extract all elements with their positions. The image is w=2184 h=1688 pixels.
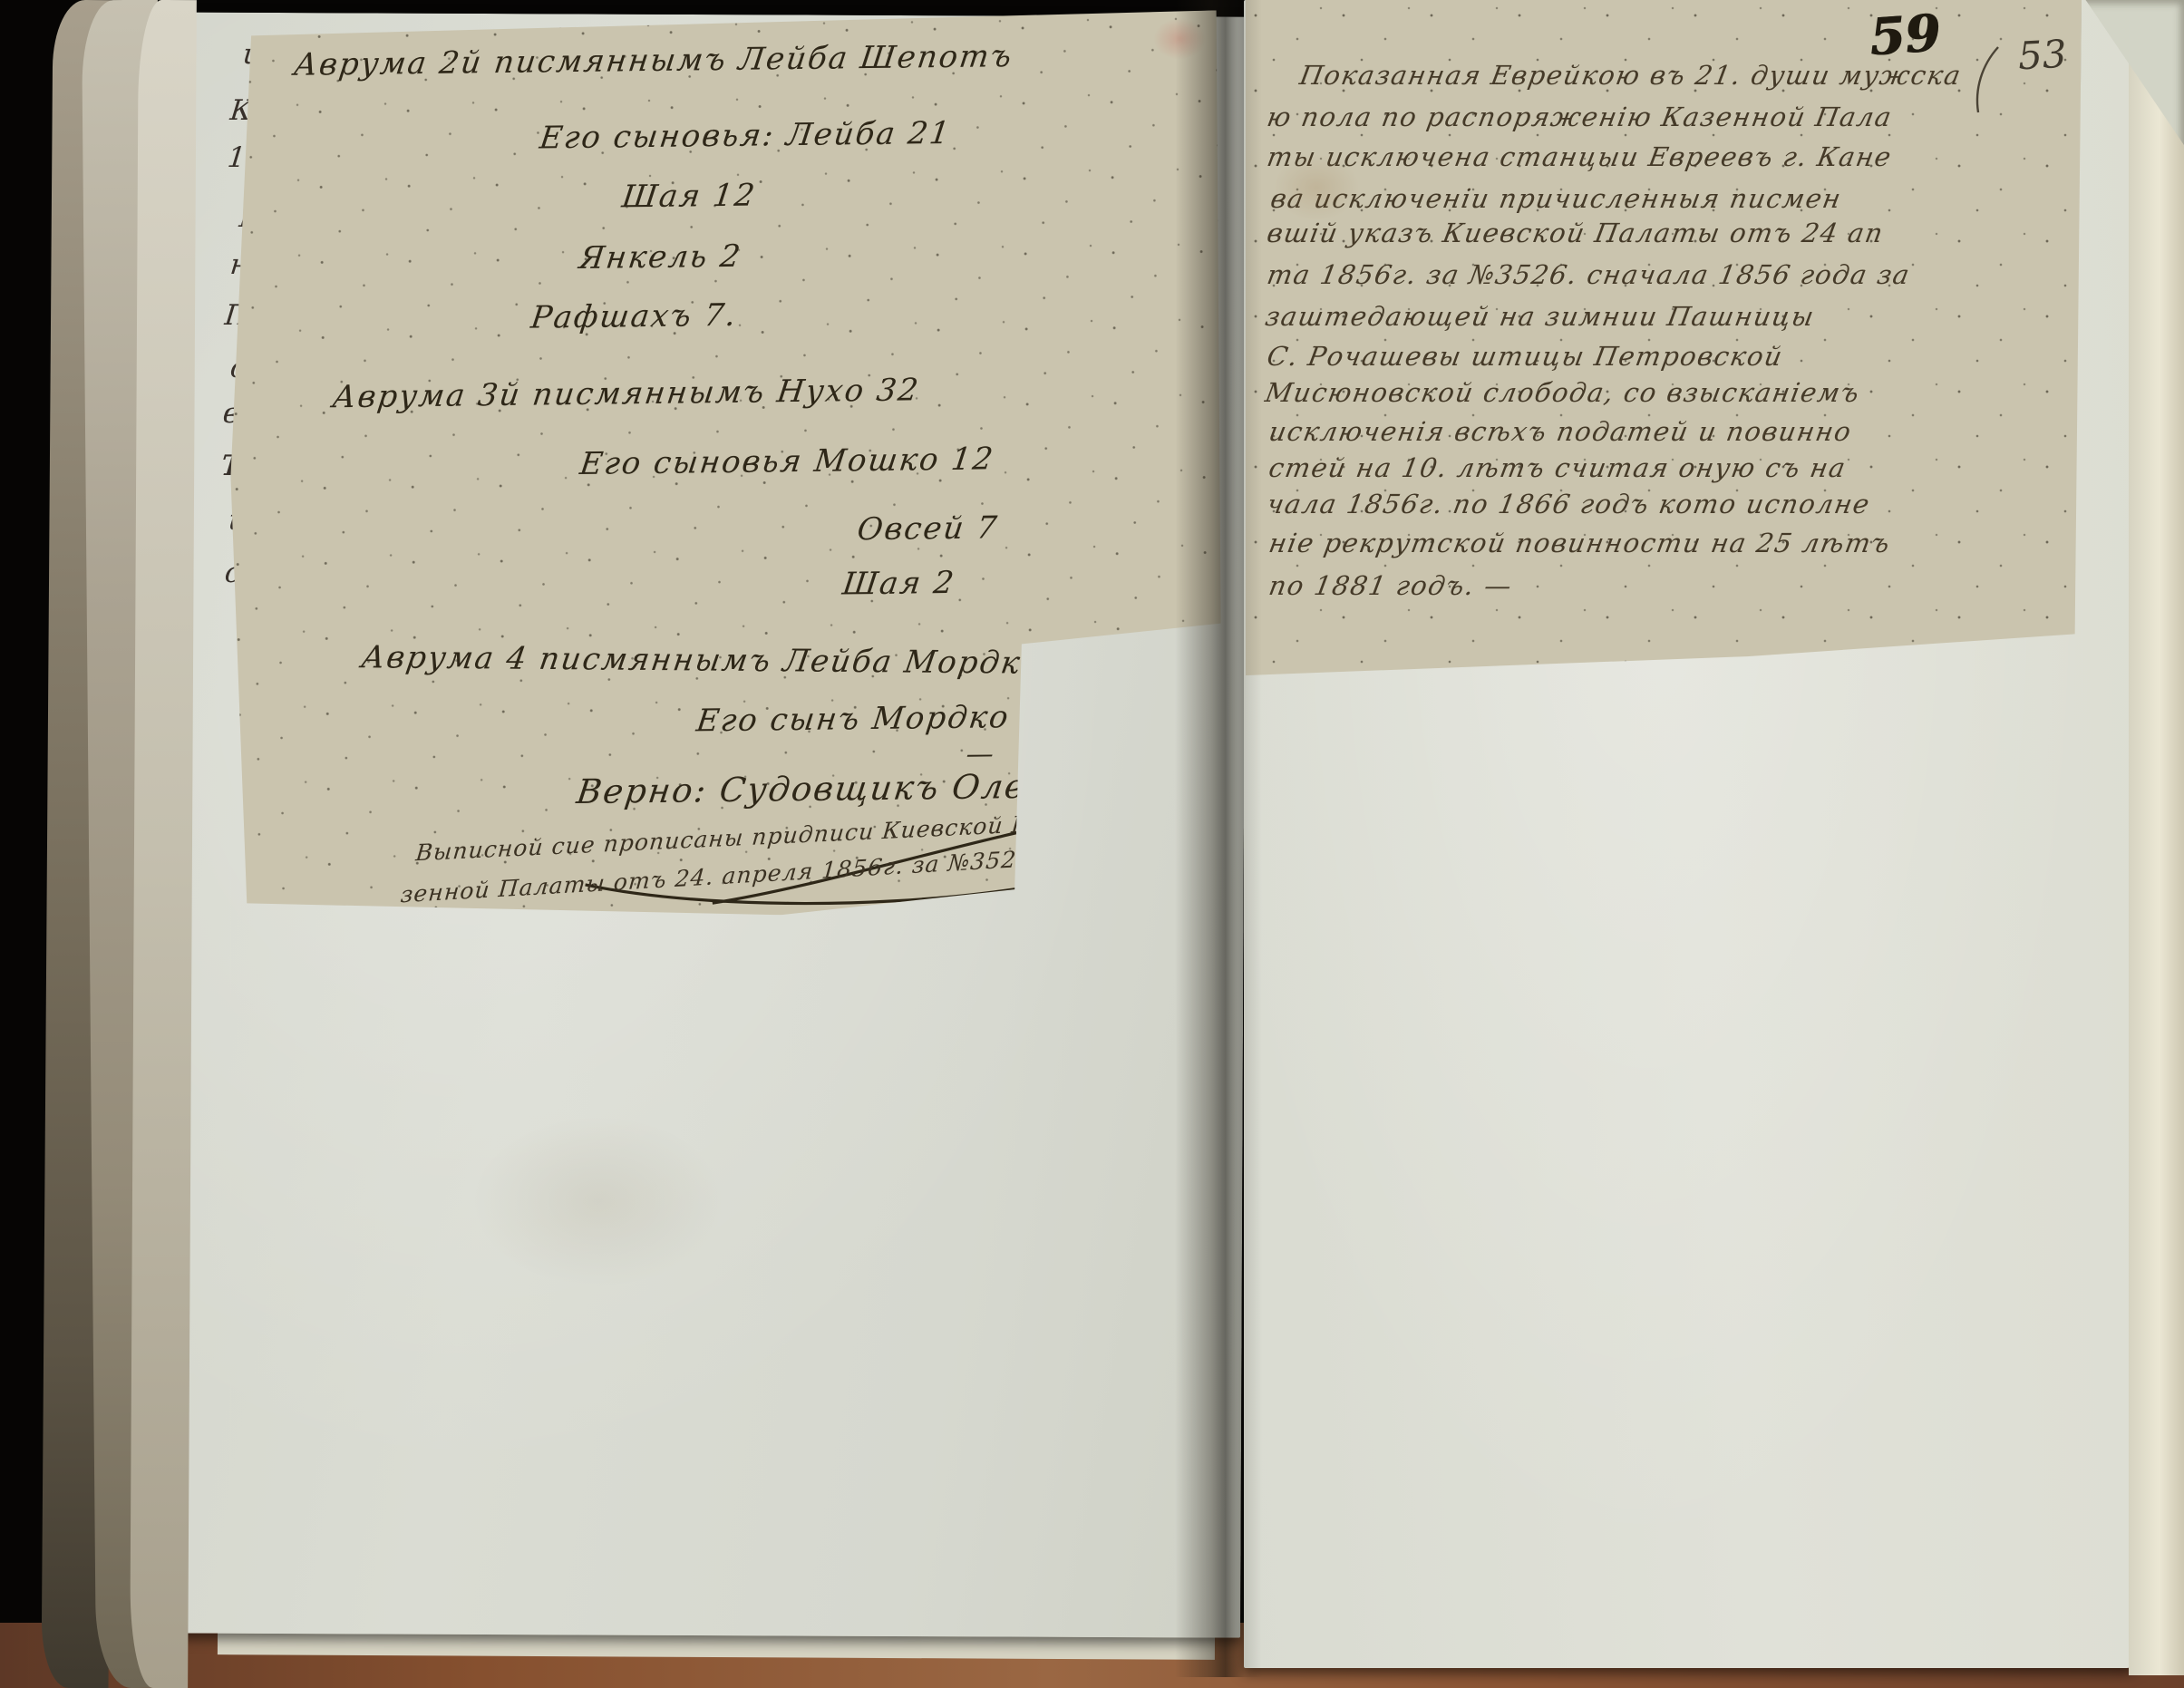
right-page-stack-edge (2129, 0, 2184, 1675)
inserted-revision-sheet-right: Показанная Еврейкою въ 21. души мужска ю… (1246, 0, 2082, 678)
manuscript-line: вшій указъ Киевской Палаты отъ 24 ап (1265, 218, 1887, 248)
manuscript-line: Рафшахъ 7. (529, 297, 739, 336)
manuscript-line: Аврума 2й писмяннымъ Лейба Шепотъ (292, 38, 1015, 83)
correction-dash: — (965, 738, 997, 770)
manuscript-line: по 1881 годъ. — (1267, 570, 1515, 601)
manuscript-line: стей на 10. лѣтъ считая оную съ на (1267, 452, 1849, 483)
manuscript-line: С. Рочашевы штицы Петровской (1265, 341, 1786, 372)
manuscript-line: исключенія всѣхъ податей и повинно (1267, 416, 1854, 447)
pen-mark (1967, 44, 2004, 116)
manuscript-line: ва исключеніи причисленныя писмен (1268, 183, 1844, 214)
folio-number-insert: 59 (1868, 3, 1942, 67)
manuscript-line: Мисюновской слобода, со взысканіемъ (1263, 377, 1862, 408)
manuscript-line: Его сыновья: Лейба 21 (538, 115, 954, 157)
manuscript-line: Овсей 7 (855, 509, 1000, 548)
manuscript-line: Шая 2 (840, 565, 957, 603)
manuscript-line: чала 1856г. по 1866 годъ кото исполне (1265, 489, 1873, 519)
photo-of-open-manuscript-book: и 6. м Кивни 1856г. М. Т нены Понн сни в… (0, 0, 2184, 1688)
folio-number-page: 53 (2017, 32, 2068, 79)
manuscript-line: Показанная Еврейкою въ 21. души мужска (1297, 60, 1964, 91)
manuscript-line: ніе рекрутской повинности на 25 лѣтъ (1267, 528, 1893, 558)
manuscript-line: Шая 12 (620, 178, 759, 216)
manuscript-line: заштедающей на зимнии Пашницы (1263, 301, 1818, 332)
manuscript-line: Его сынъ Мордко 7. (694, 699, 1057, 740)
manuscript-line: ты исключена станцыи Евреевъ г. Кане (1265, 141, 1895, 172)
manuscript-line: ю пола по распоряженію Казенной Пала (1265, 102, 1895, 132)
manuscript-line: Янкель 2 (578, 238, 744, 276)
manuscript-line: Его сыновья Мошко 12 (578, 441, 996, 482)
torn-page-edge-layer (130, 0, 197, 1688)
book-gutter-shadow (1175, 0, 1262, 1677)
manuscript-line: Аврума 3й писмяннымъ Нухо 32 (330, 372, 921, 415)
manuscript-line: та 1856г. за №3526. сначала 1856 года за (1265, 259, 1913, 290)
